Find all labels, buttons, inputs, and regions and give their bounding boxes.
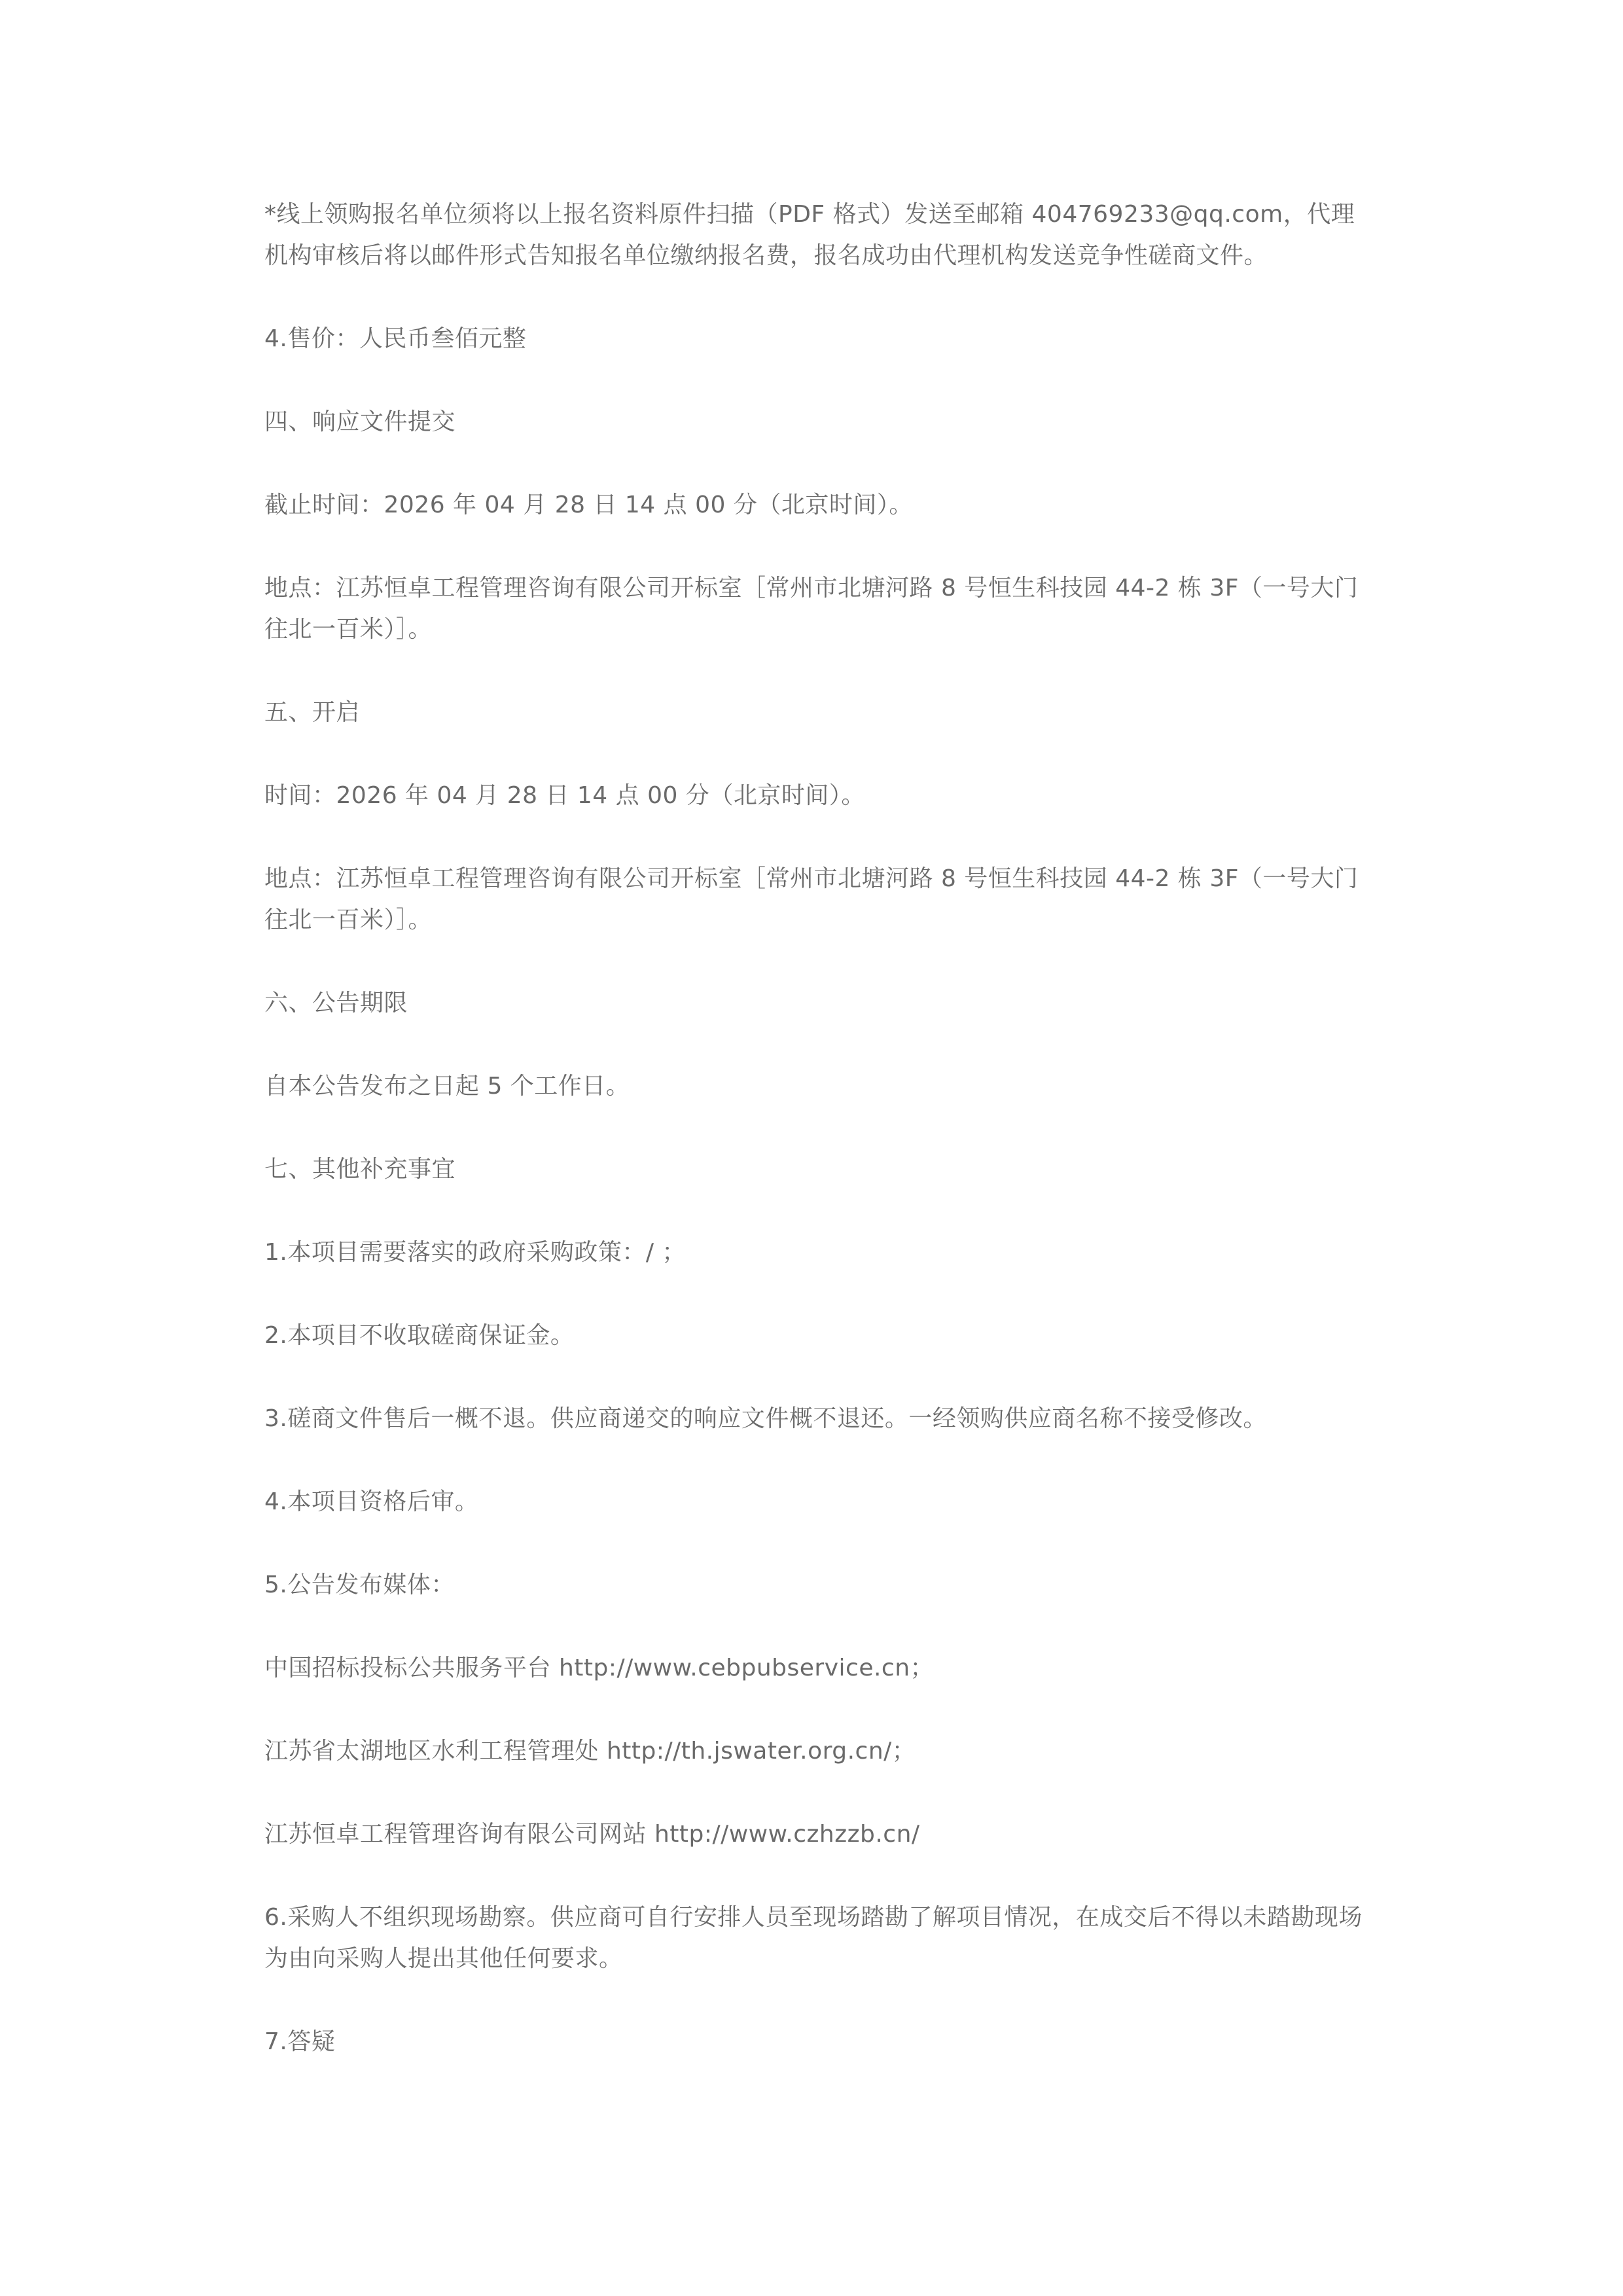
other-item-6-site-visit: 6.采购人不组织现场勘察。供应商可自行安排人员至现场踏勘了解项目情况，在成交后不…	[264, 1897, 1364, 1979]
document-page: *线上领购报名单位须将以上报名资料原件扫描（PDF 格式）发送至邮箱 40476…	[264, 194, 1364, 2104]
other-item-1: 1.本项目需要落实的政府采购政策：/ ；	[264, 1232, 1364, 1273]
opening-time: 时间：2026 年 04 月 28 日 14 点 00 分（北京时间）。	[264, 775, 1364, 816]
other-item-5-media: 5.公告发布媒体：	[264, 1564, 1364, 1605]
other-item-3: 3.磋商文件售后一概不退。供应商递交的响应文件概不退还。一经领购供应商名称不接受…	[264, 1398, 1364, 1439]
section-heading-response-submission: 四、响应文件提交	[264, 401, 1364, 442]
media-czhzzb: 江苏恒卓工程管理咨询有限公司网站 http://www.czhzzb.cn/	[264, 1814, 1364, 1855]
opening-location: 地点：江苏恒卓工程管理咨询有限公司开标室［常州市北塘河路 8 号恒生科技园 44…	[264, 858, 1364, 941]
section-heading-other-matters: 七、其他补充事宜	[264, 1149, 1364, 1190]
media-jswater: 江苏省太湖地区水利工程管理处 http://th.jswater.org.cn/…	[264, 1731, 1364, 1772]
section-heading-opening: 五、开启	[264, 692, 1364, 733]
other-item-2: 2.本项目不收取磋商保证金。	[264, 1315, 1364, 1356]
submission-location: 地点：江苏恒卓工程管理咨询有限公司开标室［常州市北塘河路 8 号恒生科技园 44…	[264, 567, 1364, 650]
submission-deadline: 截止时间：2026 年 04 月 28 日 14 点 00 分（北京时间）。	[264, 484, 1364, 526]
other-item-7-qa: 7.答疑	[264, 2021, 1364, 2062]
notice-period-text: 自本公告发布之日起 5 个工作日。	[264, 1066, 1364, 1107]
section-heading-notice-period: 六、公告期限	[264, 982, 1364, 1024]
media-cebpubservice: 中国招标投标公共服务平台 http://www.cebpubservice.cn…	[264, 1647, 1364, 1689]
online-registration-note: *线上领购报名单位须将以上报名资料原件扫描（PDF 格式）发送至邮箱 40476…	[264, 194, 1364, 276]
other-item-4: 4.本项目资格后审。	[264, 1481, 1364, 1522]
price-item: 4.售价：人民币叁佰元整	[264, 318, 1364, 359]
